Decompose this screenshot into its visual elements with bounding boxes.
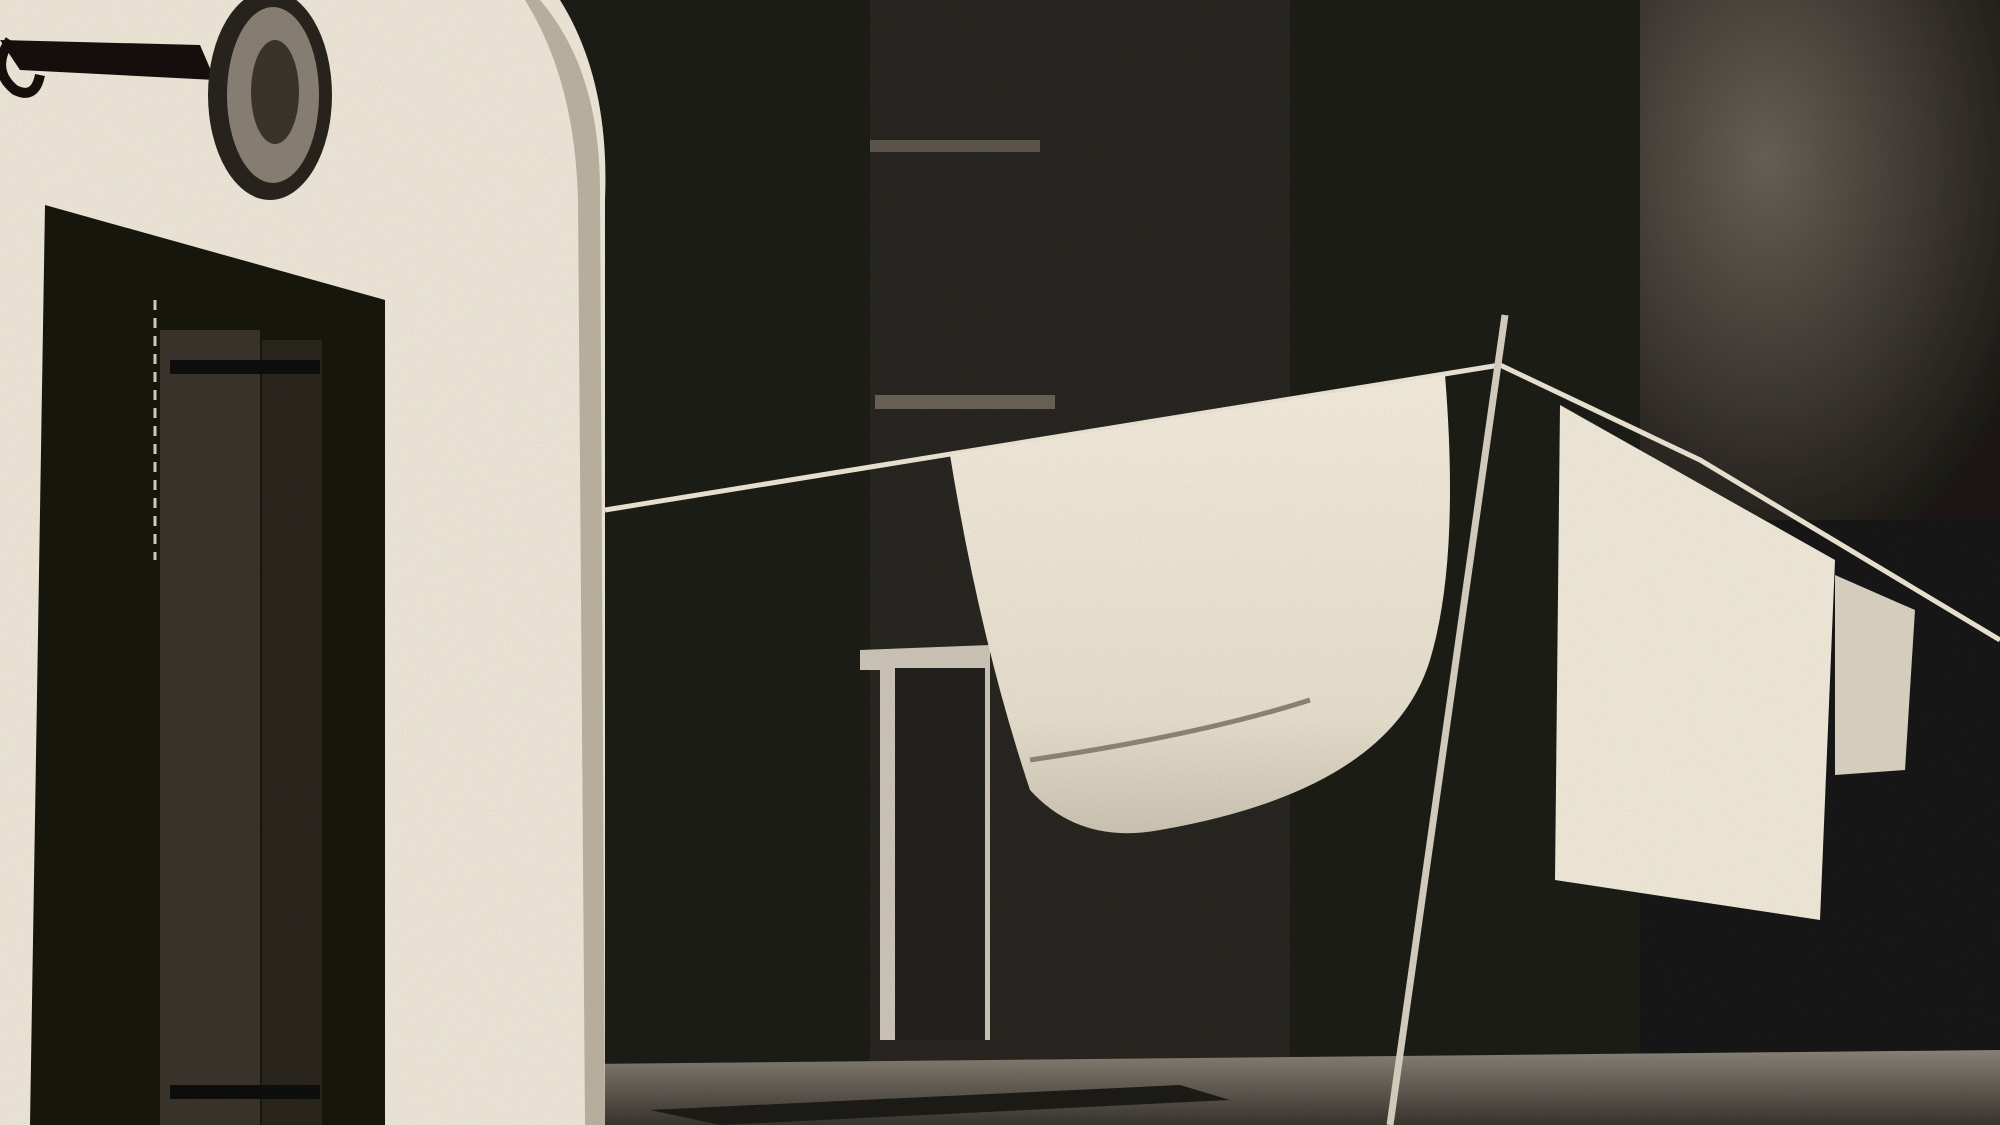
photograph	[0, 0, 2000, 1125]
window-ledge	[870, 140, 1040, 152]
door-hinge	[170, 360, 320, 374]
small-cloths	[1835, 575, 1915, 775]
window-ledge	[875, 395, 1055, 409]
door-hinge	[170, 1085, 320, 1099]
right-tower	[1640, 0, 2000, 530]
